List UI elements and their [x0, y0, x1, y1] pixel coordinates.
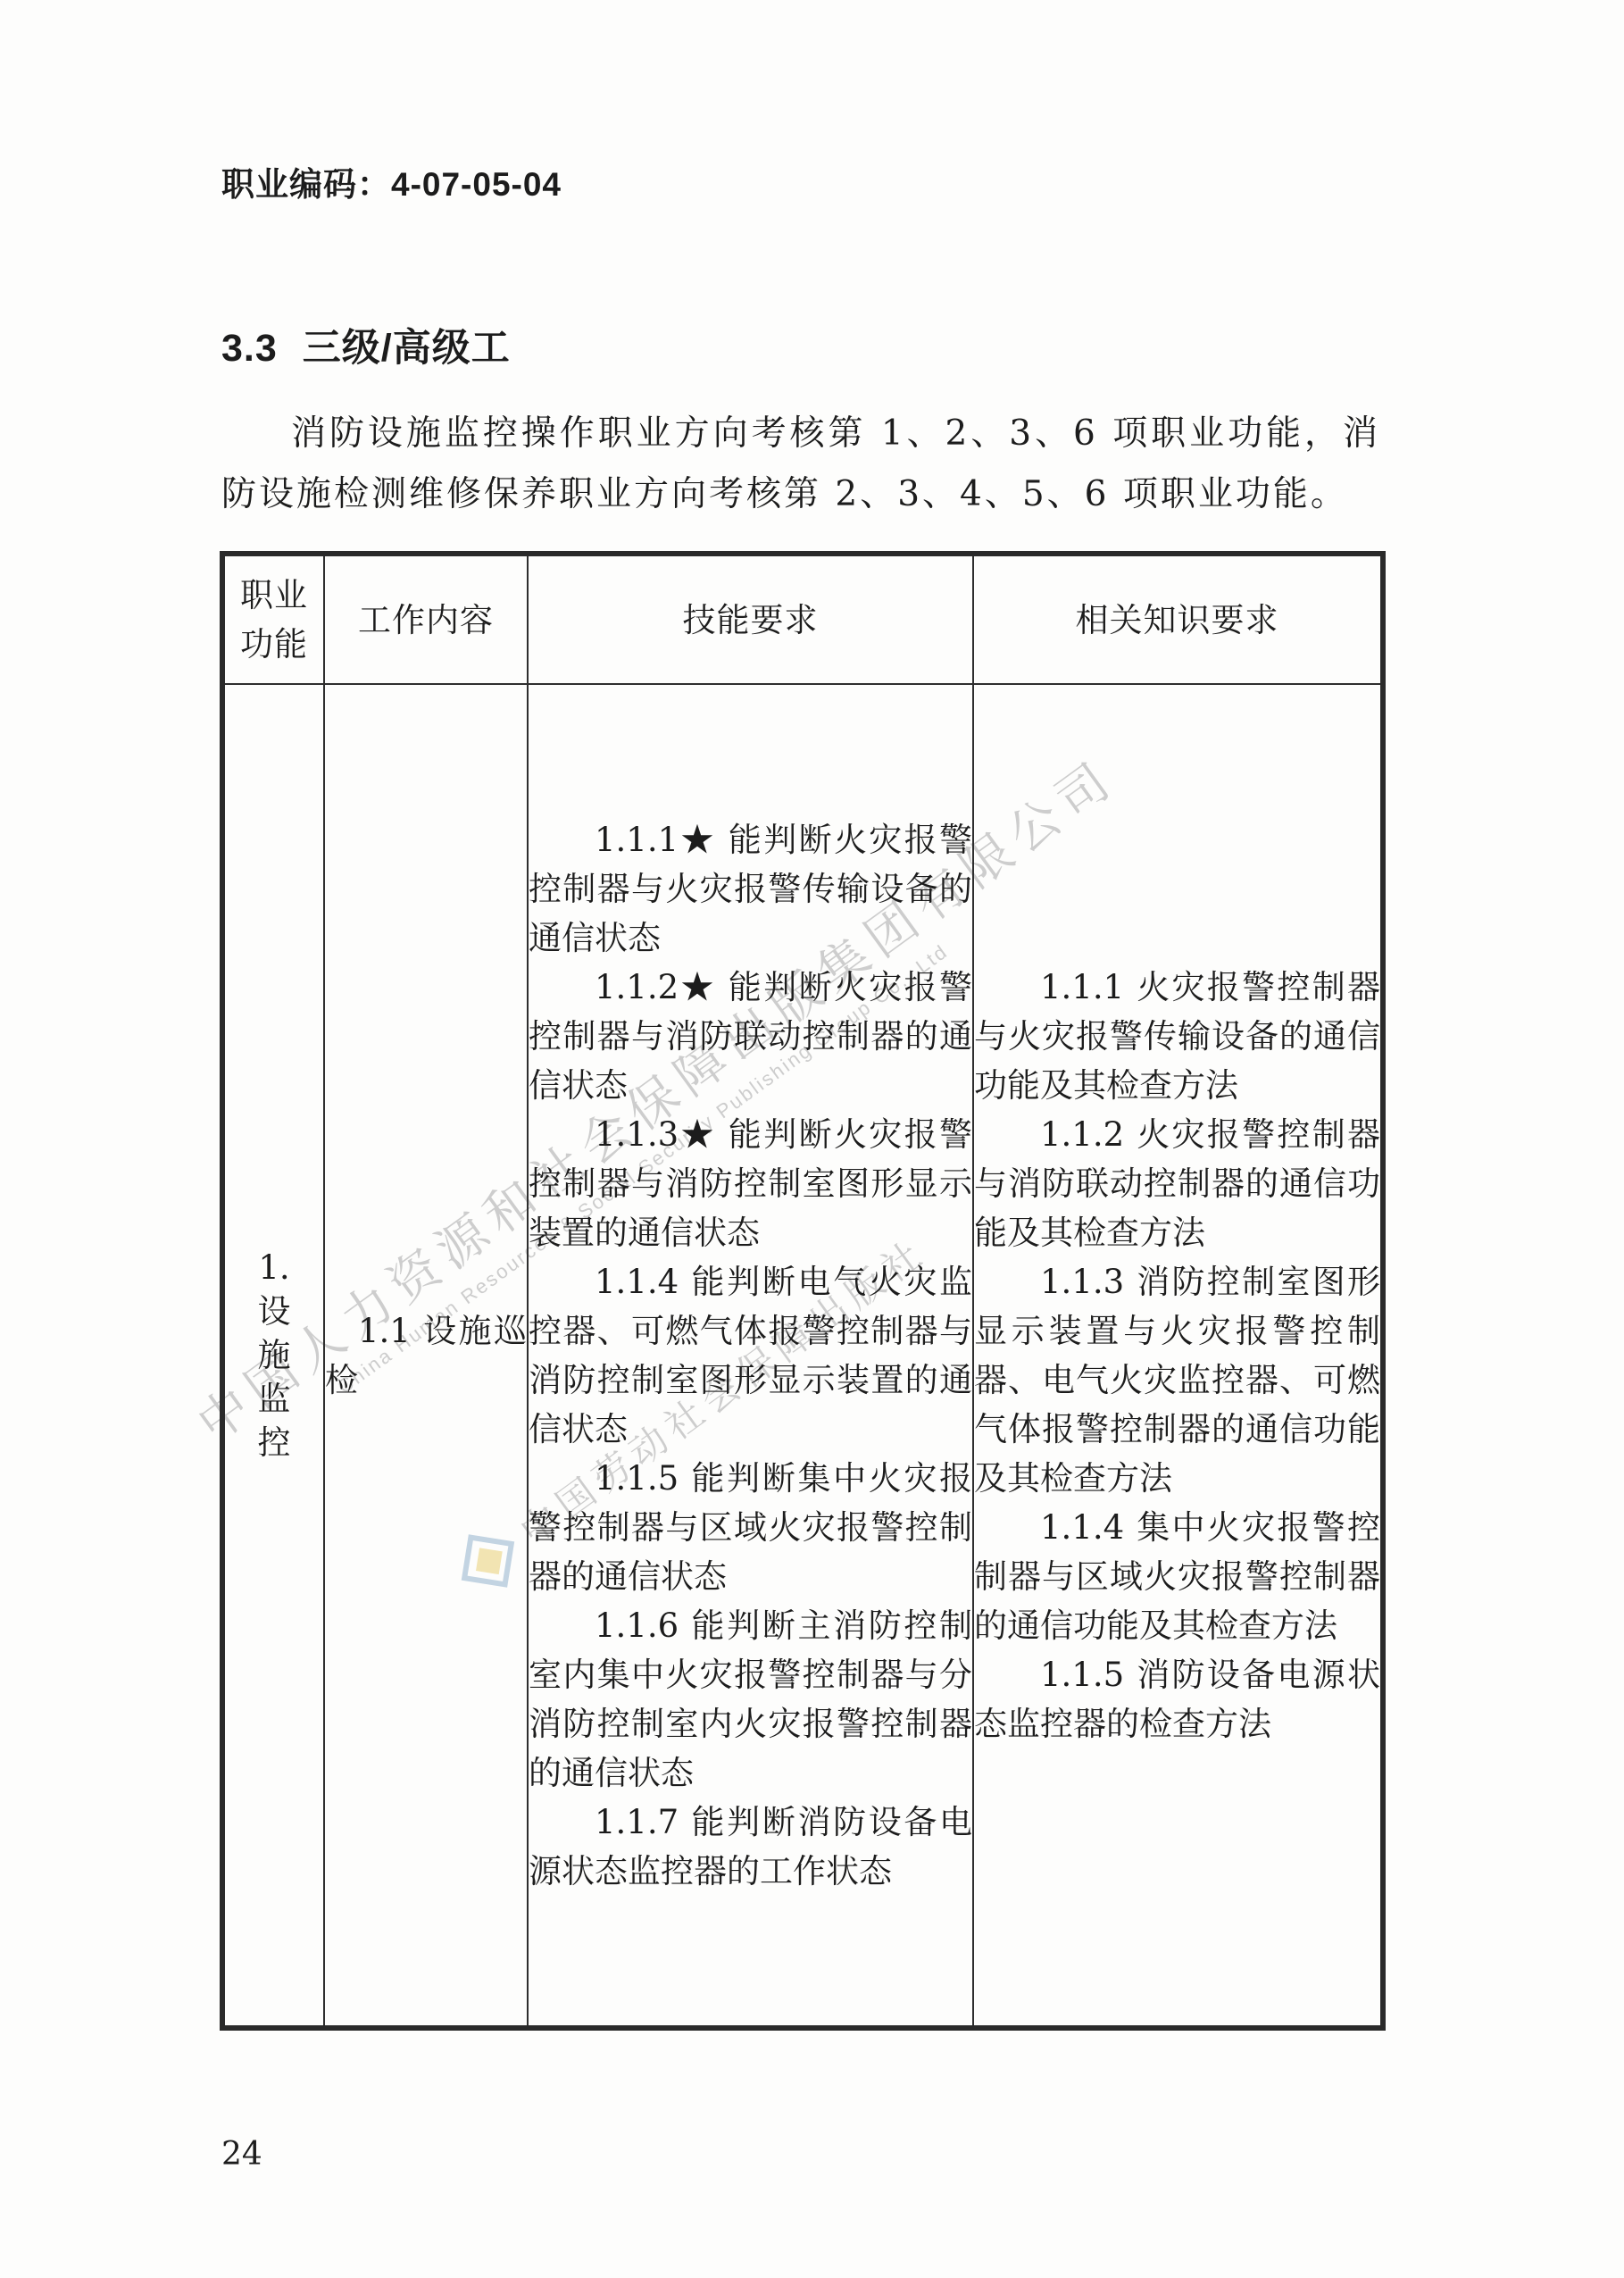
intro-paragraph: 消防设施监控操作职业方向考核第 1、2、3、6 项职业功能，消 防设施检测维修保… [221, 404, 1380, 525]
skill-item: 1.1.7 能判断消防设备电源状态监控器的工作状态 [529, 1798, 972, 1896]
skill-item: 1.1.3★ 能判断火灾报警控制器与消防控制室图形显示装置的通信状态 [529, 1110, 972, 1257]
intro-line-2: 防设施检测维修保养职业方向考核第 2、3、4、5、6 项职业功能。 [221, 464, 1380, 525]
function-char: 控 [258, 1421, 291, 1464]
knowledge-item: 1.1.2 火灾报警控制器与消防联动控制器的通信功能及其检查方法 [974, 1110, 1380, 1257]
work-content-item: 1.1 设施巡检 [325, 1306, 527, 1405]
cell-knowledge: 1.1.1 火灾报警控制器与火灾报警传输设备的通信功能及其检查方法 1.1.2 … [973, 684, 1383, 2028]
section-number: 3.3 [221, 327, 278, 370]
document-page: 职业编码：4-07-05-04 3.3三级/高级工 消防设施监控操作职业方向考核… [0, 0, 1624, 2278]
cell-work-content: 1.1 设施巡检 [324, 684, 528, 2028]
knowledge-item: 1.1.5 消防设备电源状态监控器的检查方法 [974, 1650, 1380, 1748]
section-title: 三级/高级工 [303, 327, 511, 370]
knowledge-item: 1.1.1 火灾报警控制器与火灾报警传输设备的通信功能及其检查方法 [974, 963, 1380, 1110]
col-header-skills: 技能要求 [528, 554, 973, 684]
requirements-table: 职业功能 工作内容 技能要求 相关知识要求 1. 设 施 监 控 1.1 设施巡… [220, 551, 1386, 2031]
cell-function: 1. 设 施 监 控 [222, 684, 324, 2028]
skill-item: 1.1.5 能判断集中火灾报警控制器与区域火灾报警控制器的通信状态 [529, 1454, 972, 1601]
skill-item: 1.1.4 能判断电气火灾监控器、可燃气体报警控制器与消防控制室图形显示装置的通… [529, 1257, 972, 1454]
skill-item: 1.1.1★ 能判断火灾报警控制器与火灾报警传输设备的通信状态 [529, 815, 972, 963]
function-char: 监 [258, 1377, 291, 1421]
function-number: 1. [258, 1246, 289, 1289]
function-char: 设 [258, 1289, 291, 1333]
skill-item: 1.1.2★ 能判断火灾报警控制器与消防联动控制器的通信状态 [529, 963, 972, 1110]
section-heading: 3.3三级/高级工 [221, 318, 511, 372]
table-row: 1. 设 施 监 控 1.1 设施巡检 1.1.1★ 能判断火灾报警控制器与火灾… [222, 684, 1383, 2028]
cell-skills: 1.1.1★ 能判断火灾报警控制器与火灾报警传输设备的通信状态 1.1.2★ 能… [528, 684, 973, 2028]
col-header-knowledge: 相关知识要求 [973, 554, 1383, 684]
knowledge-item: 1.1.4 集中火灾报警控制器与区域火灾报警控制器的通信功能及其检查方法 [974, 1503, 1380, 1650]
knowledge-item: 1.1.3 消防控制室图形显示装置与火灾报警控制器、电气火灾监控器、可燃气体报警… [974, 1257, 1380, 1503]
function-char: 施 [258, 1333, 291, 1377]
occupation-code: 职业编码：4-07-05-04 [221, 157, 562, 205]
page-number: 24 [221, 2136, 262, 2173]
intro-line-1: 消防设施监控操作职业方向考核第 1、2、3、6 项职业功能，消 [221, 404, 1380, 464]
col-header-function: 职业功能 [222, 554, 324, 684]
skill-item: 1.1.6 能判断主消防控制室内集中火灾报警控制器与分消防控制室内火灾报警控制器… [529, 1601, 972, 1798]
function-label: 1. 设 施 监 控 [225, 1246, 323, 1464]
table-header-row: 职业功能 工作内容 技能要求 相关知识要求 [222, 554, 1383, 684]
col-header-work-content: 工作内容 [324, 554, 528, 684]
